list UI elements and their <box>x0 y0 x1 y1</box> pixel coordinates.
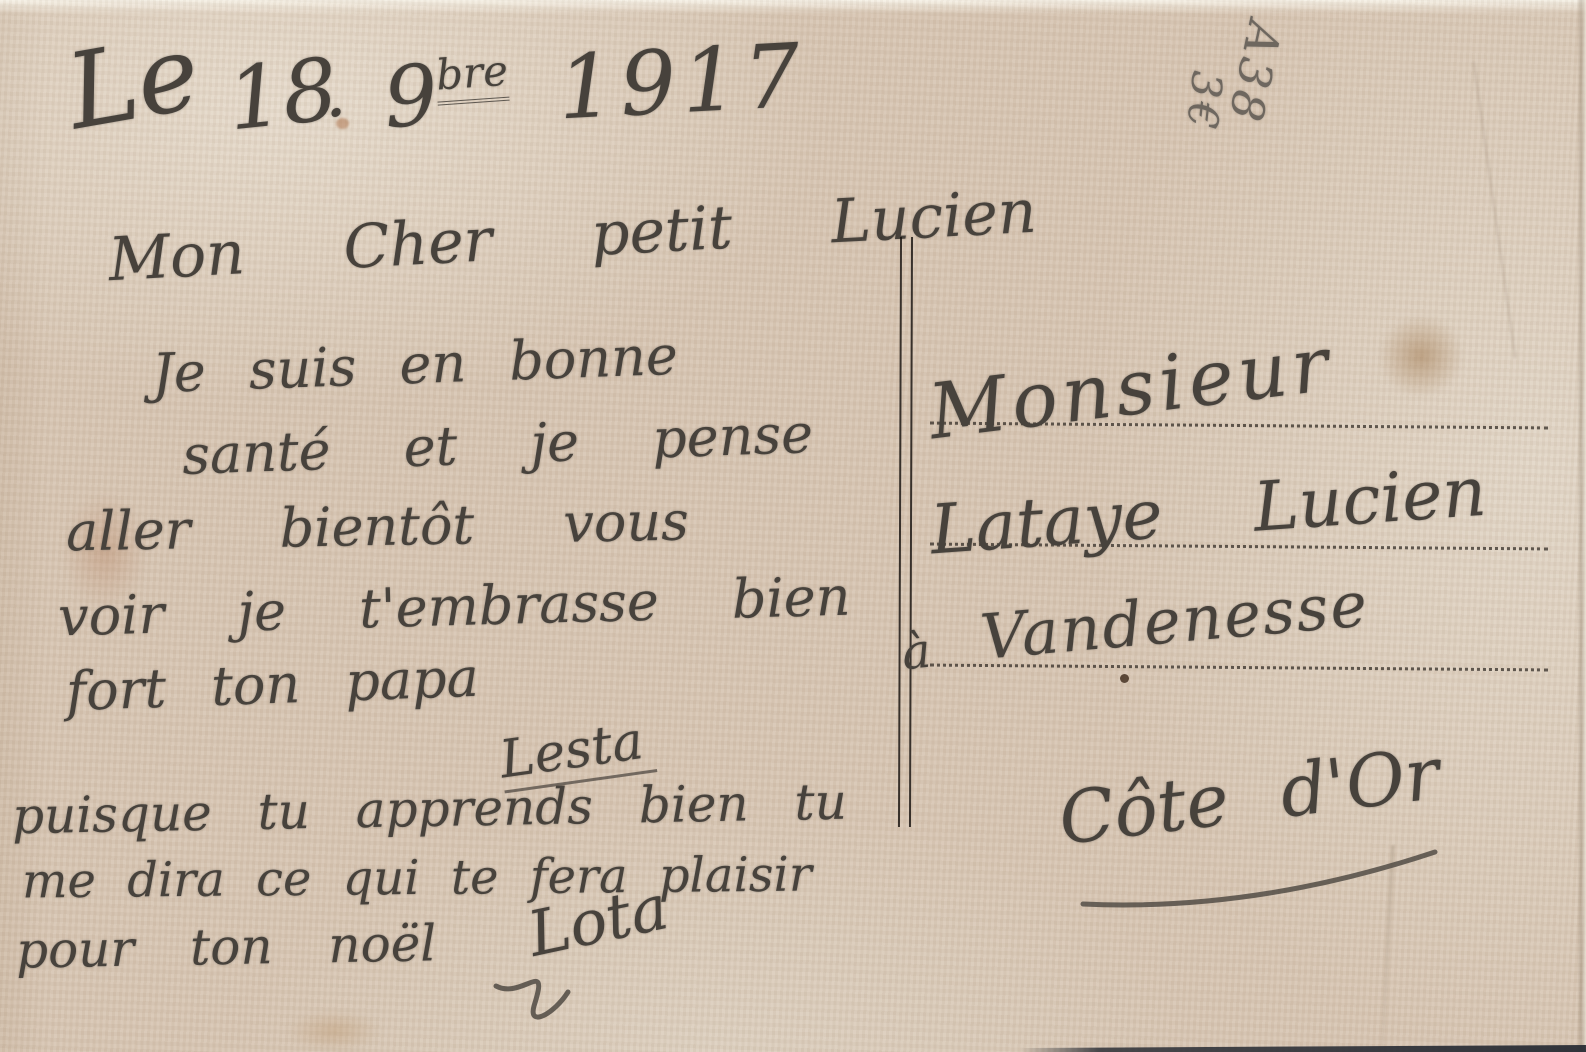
date-prefix: Le <box>60 19 207 144</box>
message-line-2: santé et je pense <box>181 407 814 483</box>
message-line-3: aller bientôt vous <box>66 495 690 560</box>
message-line-4: voir je t'embrasse bien <box>57 570 851 645</box>
message-line-7: me dira ce qui te fera plaisir <box>22 851 812 906</box>
date-month-superscript: bre <box>434 46 509 106</box>
date-separator: · <box>325 78 347 148</box>
message-line-6: puisque tu apprends bien tu <box>12 777 848 842</box>
department-underline-flourish <box>1075 838 1445 918</box>
date-month-number: 9 <box>381 46 441 147</box>
postcard-back: A38 3€ Le 18 · 9bre 1917 Mon Cher petit … <box>0 0 1586 1052</box>
address-line-town: Vandenesse <box>978 573 1371 669</box>
message-line-1: Je suis en bonne <box>151 329 678 401</box>
divider-rule <box>898 237 913 827</box>
pencil-price-mark: 3€ <box>1177 69 1232 135</box>
crease-top-right <box>1472 61 1517 358</box>
greeting-line: Mon Cher petit Lucien <box>107 182 1038 291</box>
message-line-8: pour ton noël <box>16 918 437 975</box>
date-year: 1917 <box>556 32 808 133</box>
signature-flourish <box>488 948 618 1038</box>
address-line-prefix: à <box>900 627 933 678</box>
scan-bottom-edge <box>1020 1045 1586 1052</box>
stain-bottom <box>286 1010 382 1052</box>
message-line-5: fort ton papa <box>65 651 479 719</box>
date-day: 18 <box>224 47 342 144</box>
stain-top-right <box>1378 315 1464 397</box>
ink-speck <box>1120 674 1129 683</box>
date-month: 9bre <box>381 48 512 141</box>
address-line-name: Lataye Lucien <box>928 459 1488 566</box>
card-right-edge <box>1577 0 1586 1052</box>
address-line-title: Monsieur <box>925 326 1337 451</box>
